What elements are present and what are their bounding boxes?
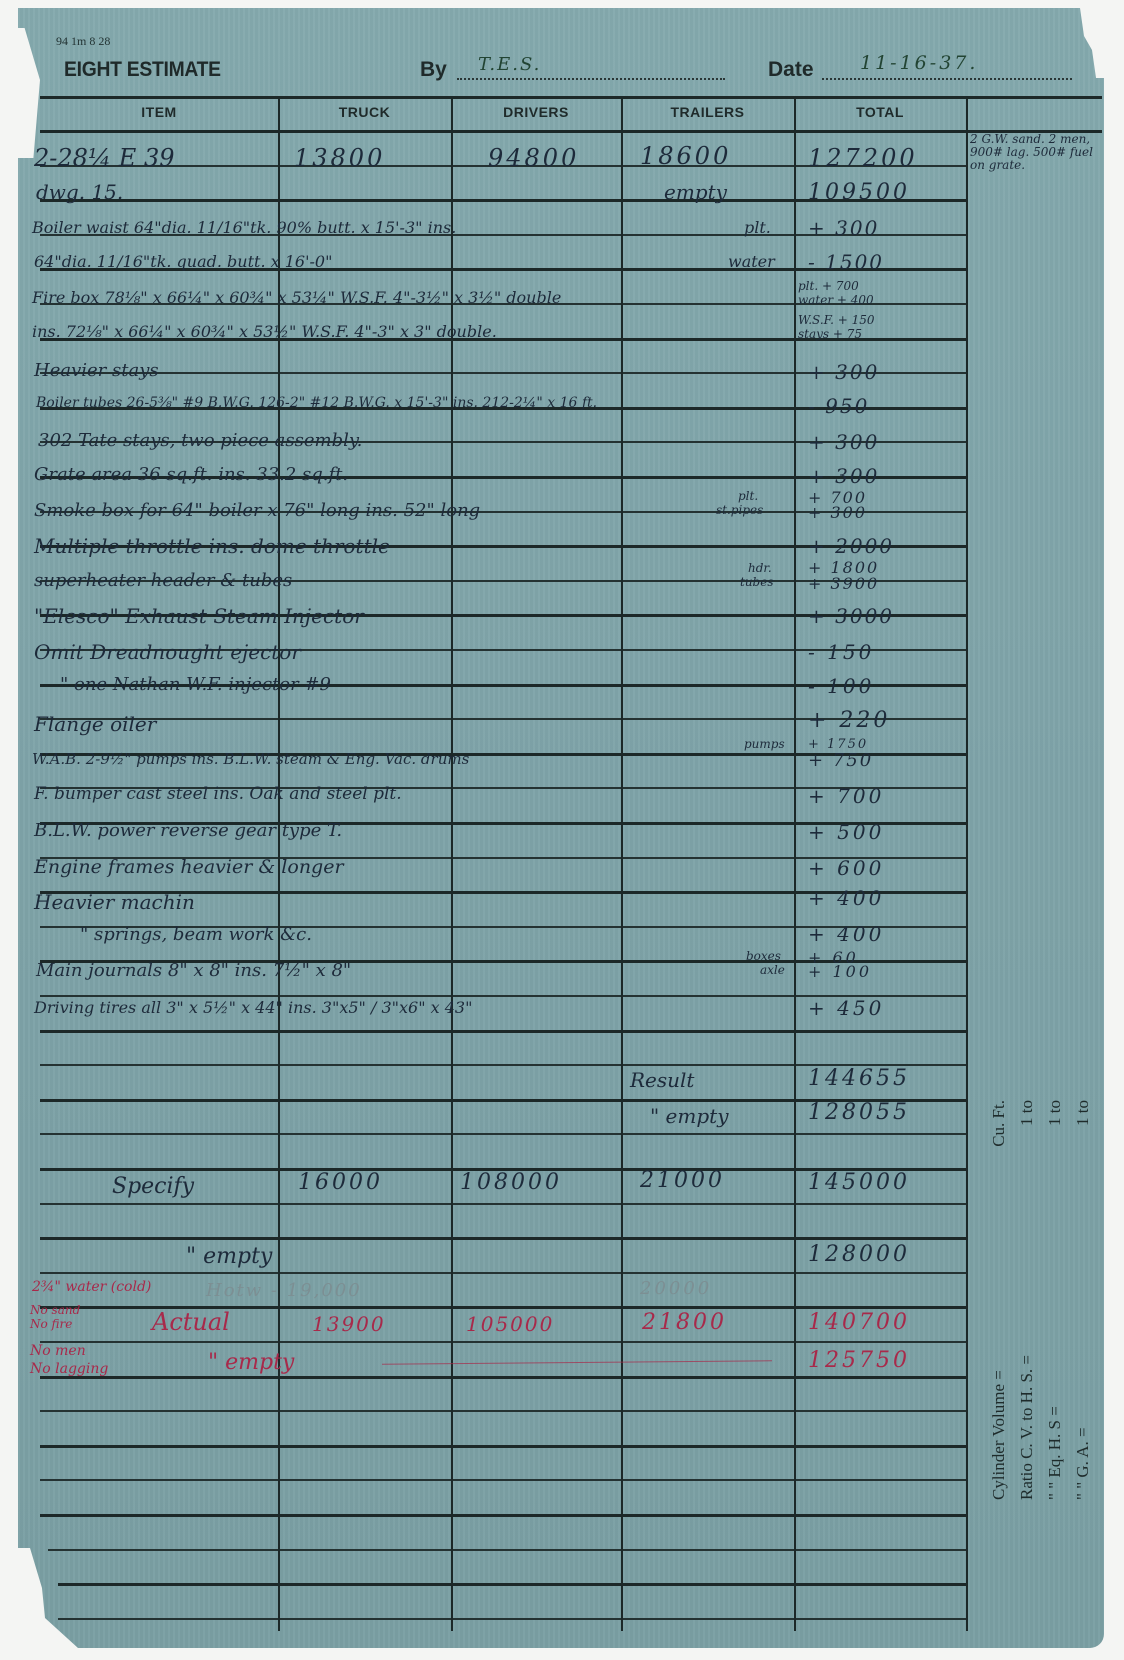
actual-trailers: 21800 — [642, 1312, 727, 1334]
cell-trailers-line: axle — [760, 964, 785, 976]
cell-truck: 13800 — [294, 146, 385, 170]
cell-item: F. bumper cast steel ins. Oak and steel … — [34, 786, 402, 803]
cell-item: Omit Dreadnought ejector — [34, 642, 301, 662]
cell-total-line: + 750 — [808, 752, 873, 770]
cell-total: - 950 — [808, 396, 869, 416]
specify-truck: 16000 — [298, 1172, 383, 1194]
col-header-trailers: TRAILERS — [621, 104, 794, 120]
actual-empty-note: No men — [30, 1344, 86, 1358]
cell-drivers: 94800 — [488, 146, 579, 170]
cell-total: + 500 — [808, 822, 884, 842]
cell-item: ins. 72⅛" x 66¼" x 60¾" x 53½" W.S.F. 4"… — [32, 324, 497, 340]
actual-drivers: 105000 — [466, 1314, 554, 1334]
result-empty-label: " empty — [650, 1106, 729, 1126]
cell-total: 109500 — [808, 182, 910, 204]
cell-total: - 150 — [808, 642, 874, 662]
form-number: 94 1m 8 28 — [56, 34, 110, 49]
cell-trailers-line: hdr. — [748, 562, 772, 574]
cell-trailers-line: tubes — [740, 576, 774, 588]
result-total: 144655 — [808, 1068, 910, 1090]
cell-item: superheater header & tubes — [34, 572, 292, 590]
cell-trailers-line: plt. — [738, 490, 758, 502]
cell-total: + 300 — [808, 466, 879, 486]
torn-edge — [18, 1548, 78, 1648]
cell-item: Main journals 8" x 8" ins. 7½" x 8" — [36, 962, 351, 980]
cell-total: + 300 — [808, 362, 879, 382]
actual-label: Actual — [152, 1310, 230, 1334]
cell-item: Driving tires all 3" x 5½" x 44" ins. 3"… — [34, 1000, 472, 1016]
cell-item: Multiple throttle ins. dome throttle — [34, 536, 390, 556]
cell-total: - 1500 — [808, 252, 884, 272]
side-label: Ratio C. V. to H. S. = — [1013, 1355, 1041, 1500]
side-row: " " G. A. =1 to — [1069, 1100, 1097, 1500]
form-title: EIGHT ESTIMATE — [64, 58, 221, 82]
actual-note: No fire — [30, 1318, 72, 1330]
specify-empty-total: 128000 — [808, 1244, 910, 1266]
by-value: T.E.S. — [478, 54, 541, 75]
cell-total: + 600 — [808, 858, 884, 878]
actual-empty-note: No lagging — [30, 1362, 108, 1376]
actual-note: No sand — [30, 1304, 80, 1316]
specify-label: Specify — [112, 1176, 194, 1198]
cell-item: Engine frames heavier & longer — [34, 858, 344, 877]
actual-empty-total: 125750 — [808, 1350, 910, 1372]
side-unit: 1 to — [1041, 1100, 1069, 1126]
cell-item: Flange oiler — [34, 714, 156, 734]
side-unit: 1 to — [1069, 1100, 1097, 1126]
col-header-truck: TRUCK — [278, 104, 451, 120]
cell-item: Boiler tubes 26-5⅜" #9 B.W.G. 126-2" #12… — [36, 396, 597, 410]
cell-trailers: 18600 — [640, 144, 731, 168]
cell-item: Heavier machin — [34, 892, 195, 912]
cell-item: "Elesco" Exhaust Steam Injector — [34, 606, 364, 626]
cell-item: W.A.B. 2-9½" pumps ins. B.L.W. steam & E… — [32, 752, 469, 767]
cell-item: Grate area 36 sq.ft. ins. 33.2 sq.ft. — [34, 466, 348, 484]
result-empty-total: 128055 — [808, 1102, 910, 1124]
col-header-item: ITEM — [40, 104, 278, 120]
cell-trailers: empty — [664, 182, 727, 202]
cell-total: + 2000 — [808, 536, 894, 556]
specify-total: 145000 — [808, 1172, 910, 1194]
faint-trailers-value: 20000 — [640, 1280, 712, 1298]
cell-total: + 220 — [808, 710, 890, 732]
cell-trailers: plt. — [744, 220, 771, 236]
side-label: " " G. A. = — [1069, 1427, 1097, 1500]
side-row: Ratio C. V. to H. S. =1 to — [1013, 1100, 1041, 1500]
specify-drivers: 108000 — [460, 1172, 562, 1194]
cell-item: dwg. 15. — [36, 182, 123, 202]
torn-edge — [1064, 8, 1104, 78]
cell-total: - 100 — [808, 676, 874, 696]
side-row: " " Eq. H. S =1 to — [1041, 1100, 1069, 1500]
cell-trailers-line: pumps — [744, 738, 785, 750]
cell-total: + 400 — [808, 888, 884, 908]
side-note: 2 G.W. sand. 2 men, 900# lag. 500# fuel … — [970, 133, 1100, 172]
specify-empty-label: " empty — [186, 1246, 272, 1268]
cell-item: " one Nathan W.F. injector #9 — [60, 676, 331, 694]
cell-total: + 300 — [808, 432, 879, 452]
cell-item: Fire box 78⅛" x 66¼" x 60¾" x 53¼" W.S.F… — [32, 290, 561, 306]
side-unit: Cu. Ft. — [985, 1100, 1013, 1147]
specify-trailers: 21000 — [640, 1170, 725, 1192]
cell-item: B.L.W. power reverse gear type T. — [34, 822, 342, 840]
col-header-total: TOTAL — [794, 104, 966, 120]
actual-truck: 13900 — [312, 1314, 386, 1334]
by-field-line — [457, 78, 725, 80]
cell-item: 64"dia. 11/16"tk. quad. butt. x 16'-0" — [34, 254, 332, 270]
cell-trailers-line: st.pipes — [716, 504, 763, 516]
side-row: Cylinder Volume =Cu. Ft. — [985, 1100, 1013, 1500]
cell-total-line: plt. + 700 — [798, 280, 859, 292]
cell-total: + 700 — [808, 786, 884, 806]
cell-total-line: W.S.F. + 150 — [798, 314, 875, 326]
actual-total: 140700 — [808, 1312, 910, 1334]
cell-item: Heavier stays — [34, 362, 159, 380]
date-label: Date — [768, 58, 814, 82]
cell-total: 127200 — [808, 146, 918, 170]
side-unit: 1 to — [1013, 1100, 1041, 1126]
cylinder-ratio-print: Cylinder Volume =Cu. Ft. Ratio C. V. to … — [985, 1100, 1085, 1500]
faint-truck-value: Hotw - 19,000 — [206, 1282, 362, 1300]
cell-trailers-line: boxes — [746, 950, 781, 962]
cell-total: + 400 — [808, 924, 884, 944]
side-label: " " Eq. H. S = — [1041, 1406, 1069, 1500]
cell-total-line: water + 400 — [798, 294, 874, 306]
cell-trailers: water — [728, 254, 775, 270]
cell-item: Smoke box for 64" boiler x 76" long ins.… — [34, 502, 480, 520]
cell-total: + 300 — [808, 218, 879, 238]
cell-total-line: stays + 75 — [798, 328, 862, 340]
side-label: Cylinder Volume = — [985, 1370, 1013, 1500]
water-note: 2¾" water (cold) — [32, 1280, 151, 1294]
date-field-line — [822, 78, 1072, 80]
cell-total: + 3000 — [808, 606, 894, 626]
result-label: Result — [630, 1070, 694, 1090]
col-header-drivers: DRIVERS — [451, 104, 621, 120]
date-value: 11-16-37. — [860, 52, 978, 74]
cell-total: + 450 — [808, 998, 884, 1018]
cell-item: 302 Tate stays, two piece assembly. — [38, 432, 362, 450]
torn-edge — [18, 28, 40, 158]
cell-item: 2-28¼ E 39 — [34, 146, 175, 170]
actual-empty-label: " empty — [208, 1352, 294, 1374]
by-label-text: By — [420, 58, 447, 81]
cell-item: " springs, beam work &c. — [80, 926, 312, 944]
cell-item: Boiler waist 64"dia. 11/16"tk. 90% butt.… — [32, 220, 456, 236]
cell-total-line: + 3900 — [808, 576, 879, 592]
cell-total-line: + 100 — [808, 964, 872, 980]
cell-total-line: + 300 — [808, 505, 867, 521]
by-label: By — [420, 58, 447, 82]
